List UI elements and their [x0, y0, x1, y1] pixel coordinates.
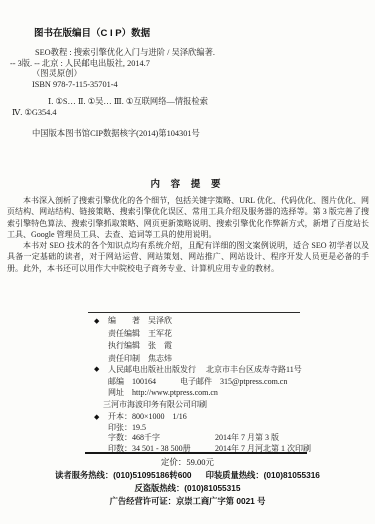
divider-bottom — [85, 452, 307, 454]
summary-body: 本书深入剖析了搜索引擎优化的各个细节，包括关键字策略、URL 优化、代码优化、图… — [7, 195, 369, 274]
website-row: 网址http://www.ptpress.com.cn — [94, 387, 372, 399]
sheets-value: 19.5 — [132, 423, 146, 432]
ad-license-number: 广告经营许可证：京崇工商广字第 0021 号 — [0, 495, 375, 507]
summary-paragraph-2: 本书对 SEO 技术的各个知识点均有系统介绍，且配有详细的图文案例说明，适合 S… — [7, 240, 369, 274]
format-row: ◆开本：800×1000 1/16 — [94, 412, 372, 423]
anti-piracy-hotline: 反盗版热线：(010)81055315 — [0, 482, 375, 494]
publisher-block: ◆人民邮电出版社出版发行北京市丰台区成寿寺路11号 邮编100164电子邮件31… — [94, 364, 372, 410]
print-quality-hotline: 印装质量热线：(010)81055316 — [206, 470, 320, 480]
diamond-bullet-icon: ◆ — [94, 364, 108, 376]
cip-class-line-1: Ⅰ. ①S… Ⅱ. ①吴… Ⅲ. ①互联网络—情报检索 — [12, 97, 208, 108]
sheets-row: 印张：19.5 — [94, 423, 372, 434]
reader-hotline: 读者服务热线：(010)51095186转600 — [55, 470, 192, 480]
word-count-row: 字数：468千字2014年 7 月第 3 版 — [94, 433, 372, 444]
printer-row: 三河市海波印务有限公司印刷 — [94, 399, 372, 411]
publisher-address: 北京市丰台区成寿寺路11号 — [206, 365, 302, 374]
email-value: 315@ptpress.com.cn — [220, 377, 287, 386]
credits-block: ◆编 著吴泽欣 责任编辑王军花 执行编辑张 霞 责任印制焦志炜 — [94, 315, 372, 366]
sheets-label: 印张： — [108, 423, 132, 432]
credit-value: 焦志炜 — [148, 354, 172, 363]
book-copyright-page: 图书在版编目（C I P）数据 SEO教程 : 搜索引擎优化入门与进阶 / 吴泽… — [0, 0, 375, 524]
cip-edition-line: -- 3版. -- 北京 : 人民邮电出版社, 2014.7 — [10, 59, 215, 70]
cip-header: 图书在版编目（C I P）数据 — [34, 25, 150, 39]
divider-top — [88, 312, 300, 313]
format-value: 800×1000 1/16 — [132, 412, 187, 421]
cip-classification-block: Ⅰ. ①S… Ⅱ. ①吴… Ⅲ. ①互联网络—情报检索 Ⅳ. ①G354.4 — [12, 97, 208, 118]
credit-value: 张 霞 — [148, 341, 172, 350]
price-line: 定价：59.00元 — [0, 456, 375, 468]
words-value: 468千字 — [132, 433, 160, 442]
cip-isbn: ISBN 978-7-115-35701-4 — [10, 80, 215, 91]
credit-label: 编 著 — [108, 315, 141, 328]
edition-note: 2014年 7 月第 3 版 — [215, 433, 279, 444]
words-label: 字数： — [108, 433, 132, 442]
credit-row-exec-editor: 执行编辑张 霞 — [94, 340, 372, 353]
postcode-value: 100164 — [132, 377, 156, 386]
credit-value: 吴泽欣 — [148, 316, 172, 325]
cip-record-block: SEO教程 : 搜索引擎优化入门与进阶 / 吴泽欣编著. -- 3版. -- 北… — [10, 48, 215, 90]
hotline-row: 读者服务热线：(010)51095186转600印装质量热线：(010)8105… — [0, 469, 375, 481]
format-block: ◆开本：800×1000 1/16 印张：19.5 字数：468千字2014年 … — [94, 412, 372, 454]
summary-paragraph-1: 本书深入剖析了搜索引擎优化的各个细节，包括关键字策略、URL 优化、代码优化、图… — [7, 195, 369, 240]
cip-registry-number: 中国版本图书馆CIP数据核字(2014)第104301号 — [32, 127, 200, 139]
diamond-bullet-icon: ◆ — [94, 412, 108, 423]
cip-title-line: SEO教程 : 搜索引擎优化入门与进阶 / 吴泽欣编著. — [10, 48, 215, 59]
credit-label: 责任编辑 — [108, 328, 141, 341]
cip-series-note: （图灵原创） — [10, 69, 215, 80]
publisher-name: 人民邮电出版社出版发行 — [108, 365, 196, 374]
printer-name: 三河市海波印务有限公司印刷 — [103, 400, 207, 409]
credit-row-author: ◆编 著吴泽欣 — [94, 315, 372, 328]
summary-title: 内 容 提 要 — [0, 176, 375, 190]
publisher-row: ◆人民邮电出版社出版发行北京市丰台区成寿寺路11号 — [94, 364, 372, 376]
credit-row-editor: 责任编辑王军花 — [94, 328, 372, 341]
postcode-label: 邮编 — [108, 377, 124, 386]
cip-class-line-2: Ⅳ. ①G354.4 — [12, 108, 208, 119]
diamond-bullet-icon: ◆ — [94, 315, 108, 328]
credit-value: 王军花 — [148, 329, 172, 338]
website-label: 网址 — [108, 388, 124, 397]
postcode-email-row: 邮编100164电子邮件315@ptpress.com.cn — [94, 376, 372, 388]
website-url: http://www.ptpress.com.cn — [132, 388, 218, 397]
credit-label: 执行编辑 — [108, 340, 141, 353]
format-label: 开本： — [108, 412, 132, 421]
email-label: 电子邮件 — [180, 377, 212, 386]
